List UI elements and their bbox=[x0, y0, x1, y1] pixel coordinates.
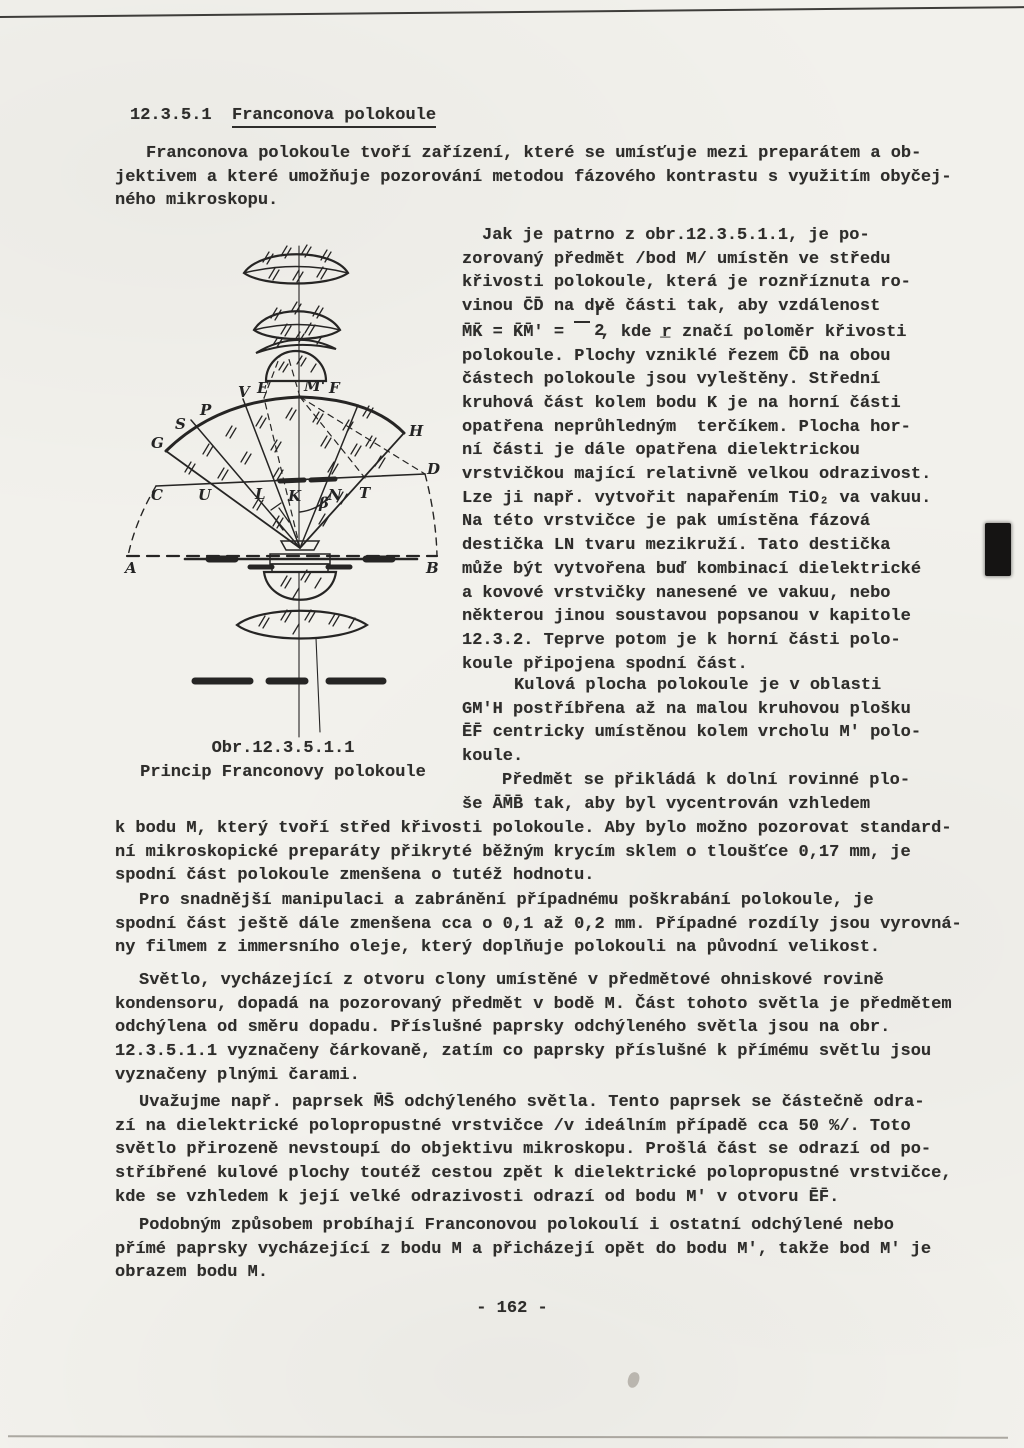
label-F: F bbox=[328, 379, 341, 397]
scanned-document-page: 12.3.5.1 Franconova polokoule Franconova… bbox=[0, 0, 1024, 1448]
label-U: U bbox=[198, 486, 212, 504]
scan-tab-mark bbox=[985, 523, 1011, 576]
scan-edge-bottom bbox=[8, 1435, 1008, 1438]
label-M-prime: M' bbox=[303, 377, 325, 395]
label-C: C bbox=[151, 486, 163, 504]
paragraph-podobnym: Podobným způsobem probíhají Franconovou … bbox=[115, 1214, 931, 1285]
figure-francon-hemisphere: G S P V E M' F H C U L K N T D β A B bbox=[123, 240, 443, 780]
figure-caption-number: Obr.12.3.5.1.1 bbox=[212, 739, 355, 758]
scan-edge-top bbox=[0, 6, 1024, 18]
figure-drawing: G S P V E M' F H C U L K N T D β A B bbox=[123, 240, 443, 780]
label-G: G bbox=[151, 434, 164, 452]
figure-caption: Obr.12.3.5.1.1Princip Franconovy polokou… bbox=[113, 737, 453, 784]
paragraph-pro-snadnejsi: Pro snadnější manipulaci a zabránění pří… bbox=[115, 889, 962, 960]
scan-smudge bbox=[626, 1371, 641, 1389]
label-B: B bbox=[425, 559, 439, 577]
label-V: V bbox=[238, 383, 251, 401]
paragraph-jak-je-patrno: Jak je patrno z obr.12.3.5.1.1, je po- z… bbox=[462, 224, 931, 676]
figure-caption-title: Princip Franconovy polokoule bbox=[140, 763, 426, 782]
fraction-r-over-2: r2 bbox=[574, 319, 590, 336]
objective-lens-1 bbox=[244, 254, 348, 283]
condenser-dome bbox=[264, 572, 336, 600]
label-E: E bbox=[256, 379, 269, 397]
label-T: T bbox=[359, 484, 372, 502]
label-P: P bbox=[199, 401, 212, 419]
sphere-dashed-right bbox=[425, 474, 437, 556]
paragraph-predmet: Předmět se přikládá k dolní rovinné plo-… bbox=[462, 769, 910, 816]
label-K: K bbox=[287, 487, 302, 505]
label-L: L bbox=[254, 485, 266, 503]
paragraph-kulova-plocha: Kulová plocha polokoule je v oblasti GM'… bbox=[462, 674, 921, 769]
label-beta: β bbox=[318, 494, 329, 512]
paragraph-predmet-continuation: k bodu M, který tvoří střed křivosti pol… bbox=[115, 817, 952, 888]
label-N: N bbox=[327, 486, 343, 504]
label-A: A bbox=[123, 559, 137, 577]
paragraph-svetlo: Světlo, vycházející z otvoru clony umíst… bbox=[115, 969, 952, 1088]
label-H: H bbox=[408, 422, 424, 440]
section-title: Franconova polokoule bbox=[232, 106, 436, 128]
label-S: S bbox=[175, 415, 186, 433]
page-number: - 162 - bbox=[0, 1297, 1024, 1321]
section-number: 12.3.5.1 bbox=[130, 106, 212, 125]
label-D: D bbox=[426, 460, 440, 478]
refracted-ray bbox=[316, 638, 320, 732]
paragraph-uvazujme: Uvažujme např. paprsek M̄S̄ odchýleného … bbox=[115, 1091, 952, 1210]
glass-hatching bbox=[185, 245, 385, 634]
paragraph-intro: Franconova polokoule tvoří zařízení, kte… bbox=[115, 142, 952, 213]
section-heading: 12.3.5.1 Franconova polokoule bbox=[130, 104, 436, 128]
opaque-disc-right bbox=[311, 479, 335, 480]
condenser-lens bbox=[237, 611, 367, 639]
